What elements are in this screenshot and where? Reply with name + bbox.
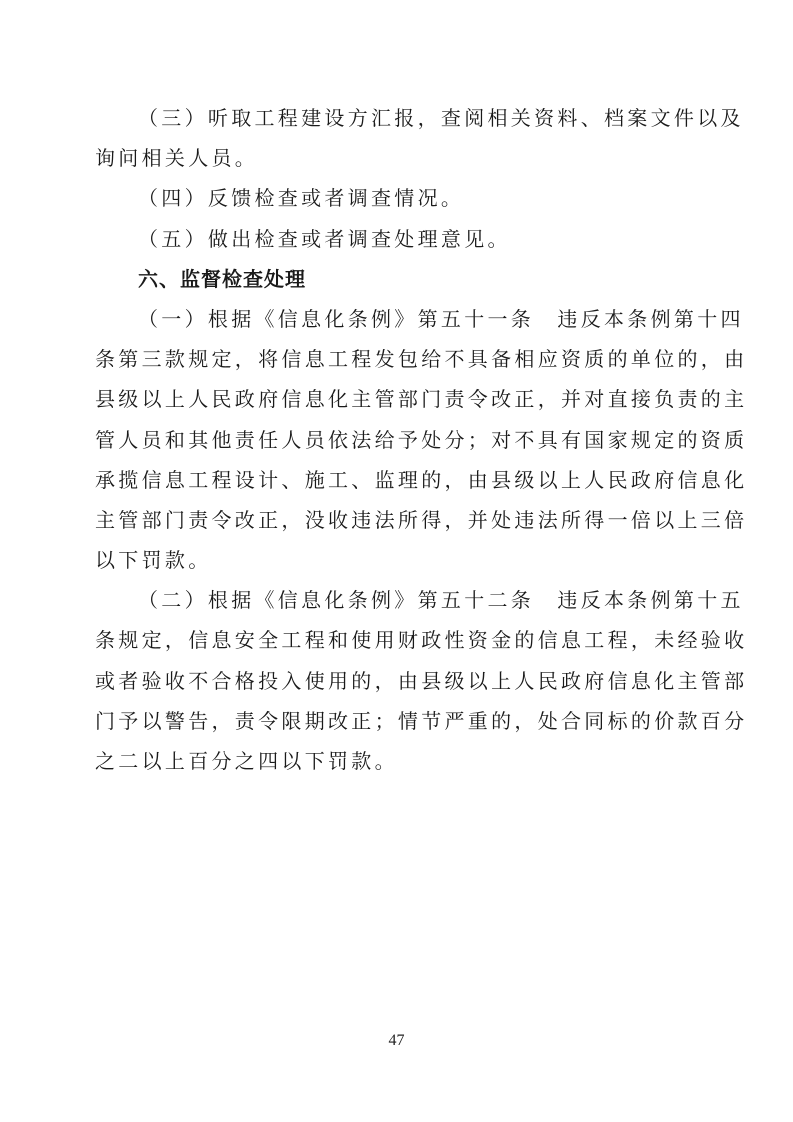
text-line: 主管部门责令改正，没收违法所得，并处违法所得一倍以上三倍 (95, 500, 705, 540)
paragraph-clause-1: （一）根据《信息化条例》第五十一条 违反本条例第十四 条第三款规定，将信息工程发… (95, 299, 705, 580)
section-heading: 六、监督检查处理 (95, 259, 705, 299)
text-line: 询问相关人员。 (95, 138, 705, 178)
text-line: （二）根据《信息化条例》第五十二条 违反本条例第十五 (95, 580, 705, 620)
text-line: 县级以上人民政府信息化主管部门责令改正，并对直接负责的主 (95, 379, 705, 419)
text-line: （四）反馈检查或者调查情况。 (95, 178, 705, 218)
text-line: 管人员和其他责任人员依法给予处分；对不具有国家规定的资质 (95, 420, 705, 460)
paragraph-item-5: （五）做出检查或者调查处理意见。 (95, 219, 705, 259)
text-line: 之二以上百分之四以下罚款。 (95, 741, 705, 781)
paragraph-clause-2: （二）根据《信息化条例》第五十二条 违反本条例第十五 条规定，信息安全工程和使用… (95, 580, 705, 781)
text-line: （一）根据《信息化条例》第五十一条 违反本条例第十四 (95, 299, 705, 339)
paragraph-item-3: （三）听取工程建设方汇报，查阅相关资料、档案文件以及 询问相关人员。 (95, 98, 705, 178)
text-line: 条规定，信息安全工程和使用财政性资金的信息工程，未经验收 (95, 620, 705, 660)
text-line: 承揽信息工程设计、施工、监理的，由县级以上人民政府信息化 (95, 460, 705, 500)
text-line: 或者验收不合格投入使用的，由县级以上人民政府信息化主管部 (95, 661, 705, 701)
document-page: （三）听取工程建设方汇报，查阅相关资料、档案文件以及 询问相关人员。 （四）反馈… (95, 98, 705, 781)
page-number: 47 (0, 1032, 793, 1050)
text-line: 条第三款规定，将信息工程发包给不具备相应资质的单位的，由 (95, 339, 705, 379)
text-line: 门予以警告，责令限期改正；情节严重的，处合同标的价款百分 (95, 701, 705, 741)
text-line: 以下罚款。 (95, 540, 705, 580)
text-line: （三）听取工程建设方汇报，查阅相关资料、档案文件以及 (95, 98, 705, 138)
paragraph-item-4: （四）反馈检查或者调查情况。 (95, 178, 705, 218)
text-line: （五）做出检查或者调查处理意见。 (95, 219, 705, 259)
